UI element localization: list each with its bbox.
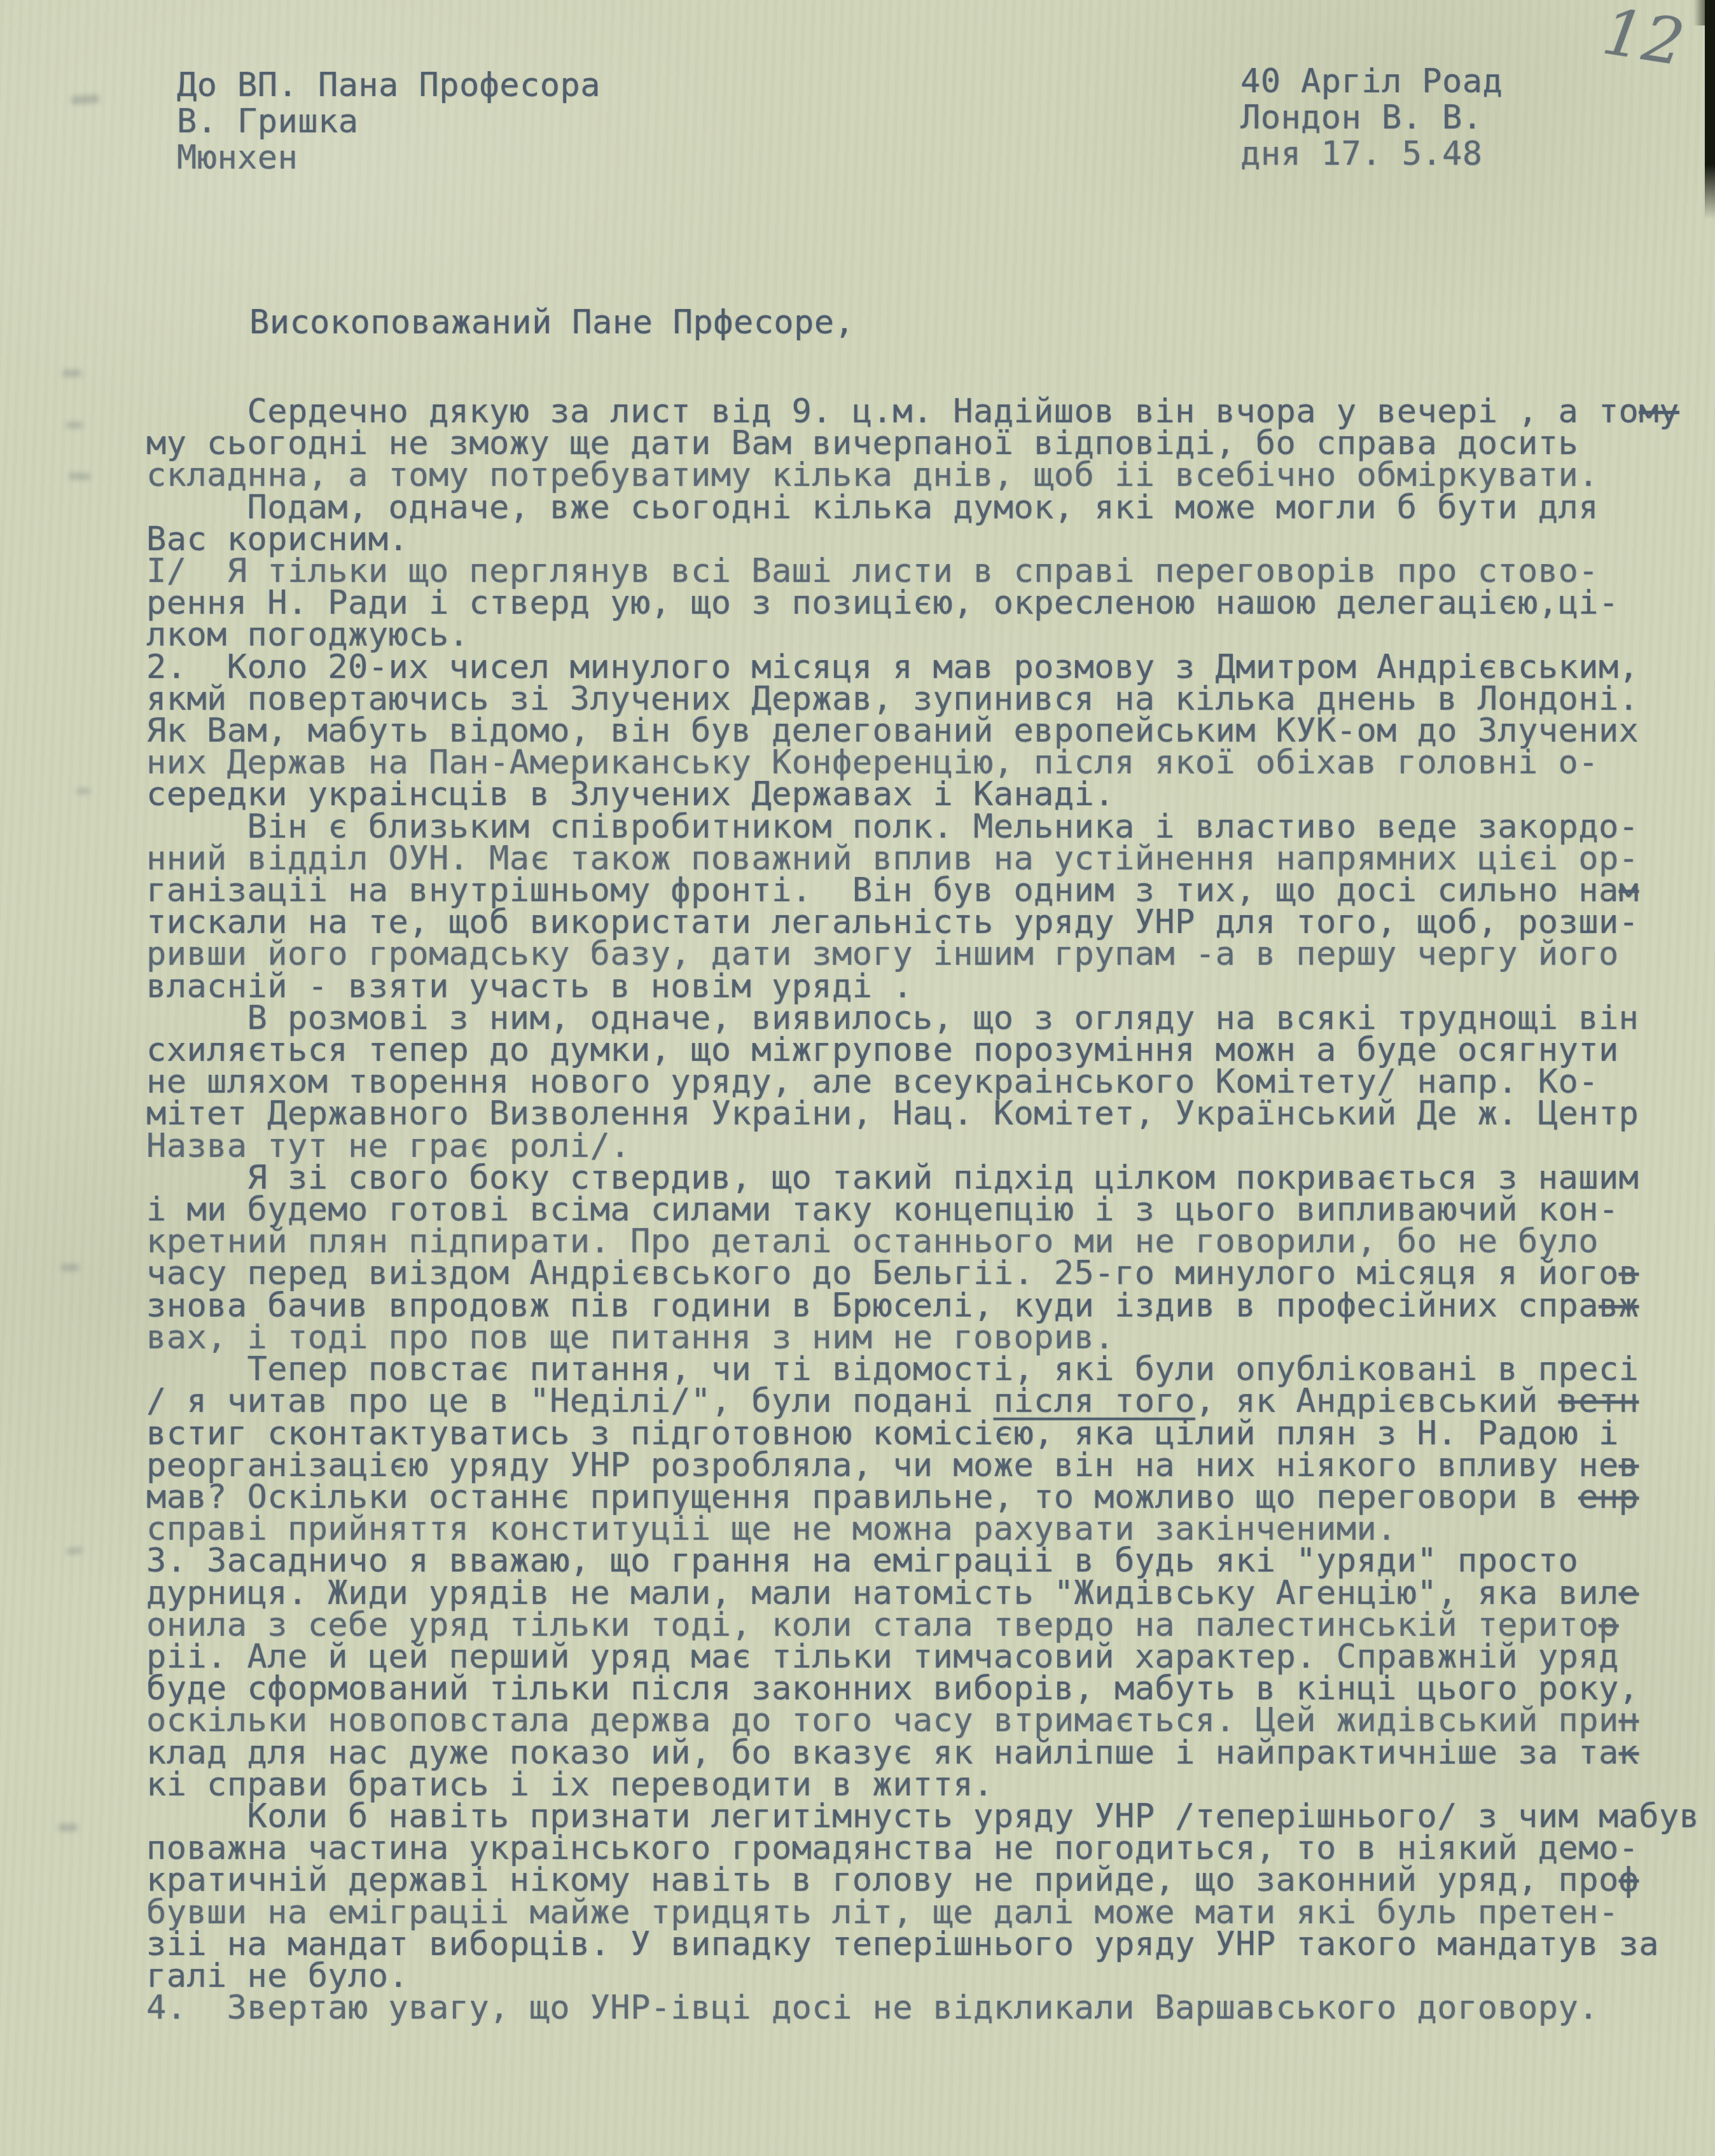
sender-line: 40 Аргіл Роад (1240, 64, 1503, 100)
letter-line: Тепер повстає питання, чи ті відомості, … (146, 1353, 1699, 1385)
letter-line: ривши його громадську базу, дати змогу і… (146, 938, 1699, 970)
letter-line: зіі на мандат виборців. У випадку тепері… (146, 1928, 1699, 1960)
letter-line: Коли б навіть признати легитімнусть уряд… (146, 1800, 1699, 1832)
letter-line: вах, і тоді про пов ще питання з ним не … (146, 1322, 1699, 1353)
letter-line: мав? Оскільки останнє припущення правиль… (146, 1481, 1699, 1513)
letter-line: 3. Засадничо я вважаю, що грання на еміг… (146, 1545, 1699, 1577)
letter-line: Він є близьким співробитником полк. Мель… (146, 811, 1699, 843)
letter-line: дурниця. Жиди урядів не мали, мали натом… (146, 1577, 1699, 1609)
letter-line: ганізаціі на внутрішньому фронті. Він бу… (146, 874, 1699, 906)
letter-line: / я читав про це в "Неділі/", були подан… (146, 1385, 1699, 1417)
letter-line: кретний плян підпирати. Про деталі остан… (146, 1226, 1699, 1257)
letter-line: схиляється тепер до думки, що міжгрупове… (146, 1034, 1699, 1066)
letter-line: складнна, а тому потребуватиму кілька дн… (146, 459, 1699, 491)
letter-line: реорганізацією уряду УНР розробляла, чи … (146, 1449, 1699, 1481)
letter-line: лком погоджуюсь. (146, 619, 1699, 651)
letter-line: тискали на те, щоб використати легальніс… (146, 906, 1699, 938)
letter-line: середки украінсців в Злучених Державах і… (146, 778, 1699, 810)
letter-line: власній - взяти участь в новім уряді . (146, 971, 1699, 1002)
letter-line: поважна частина украінського громадянств… (146, 1832, 1699, 1864)
letter-line: 2. Коло 20-их чисел минулого місяця я ма… (146, 651, 1699, 683)
letter-line: ріі. Але й цей перший уряд має тільки ти… (146, 1641, 1699, 1673)
letter-page: 12 До ВП. Пана ПрофесораВ. ГришкаМюнхен … (0, 0, 1715, 2156)
letter-line: рення Н. Ради і стверд ую, що з позицією… (146, 587, 1699, 619)
margin-smudge (66, 1547, 83, 1555)
sender-address-block: 40 Аргіл РоадЛондон В. В.дня 17. 5.48 (1240, 64, 1503, 172)
letter-line: Я зі свого боку ствердив, що такий підхі… (146, 1162, 1699, 1194)
recipient-line: В. Гришка (177, 104, 601, 140)
letter-line: часу перед виіздом Андрієвського до Бель… (146, 1257, 1699, 1289)
sender-line: дня 17. 5.48 (1240, 136, 1503, 172)
letter-line: Подам, одначе, вже сьогодні кілька думок… (146, 492, 1699, 523)
letter-line: якмй повертаючись зі Злучених Держав, зу… (146, 683, 1699, 715)
letter-line: Вас корисним. (146, 523, 1699, 555)
margin-smudge (62, 370, 81, 377)
letter-line: нний відділ ОУН. Має також поважний впли… (146, 843, 1699, 874)
letter-line: Як Вам, мабуть відомо, він був делегован… (146, 715, 1699, 747)
recipient-address-block: До ВП. Пана ПрофесораВ. ГришкаМюнхен (177, 67, 601, 176)
handwritten-page-number: 12 (1598, 0, 1690, 80)
letter-line: галі не було. (146, 1960, 1699, 1992)
letter-line: клад для нас дуже показо ий, бо вказує я… (146, 1737, 1699, 1769)
letter-line: І/ Я тільки що перглянув всі Ваші листи … (146, 555, 1699, 587)
letter-line: кратичній державі нікому навіть в голову… (146, 1864, 1699, 1896)
letter-line: оскільки новоповстала держва до того час… (146, 1704, 1699, 1736)
scan-edge-shadow (1705, 0, 1715, 219)
letter-line: Назва тут не грає ролі/. (146, 1130, 1699, 1162)
recipient-line: До ВП. Пана Професора (177, 67, 601, 104)
margin-smudge (69, 473, 90, 480)
letter-line: буде сформований тільки після законних в… (146, 1673, 1699, 1704)
margin-smudge (61, 1264, 79, 1271)
letter-line: встиг сконтактуватись з підготовною комі… (146, 1418, 1699, 1449)
letter-line: справі прийняття конституціі ще не можна… (146, 1513, 1699, 1545)
margin-smudge (66, 422, 83, 428)
salutation: Високоповажаний Пане Прфесоре, (249, 304, 854, 341)
letter-line: В розмові з ним, одначе, виявилось, що з… (146, 1002, 1699, 1034)
letter-line: му сьогодні не зможу ще дати Вам вичерпа… (146, 427, 1699, 459)
margin-smudge (71, 94, 100, 104)
letter-line: знова бачив впродовж пів години в Брюсел… (146, 1290, 1699, 1322)
letter-line: Сердечно дякую за лист від 9. ц.м. Надій… (146, 396, 1699, 427)
letter-line: кі справи братись і іх переводити в житт… (146, 1769, 1699, 1800)
margin-smudge (76, 789, 90, 794)
sender-line: Лондон В. В. (1240, 100, 1503, 136)
letter-body: Сердечно дякую за лист від 9. ц.м. Надій… (146, 396, 1699, 2024)
letter-line: бувши на еміграціі майже тридцять літ, щ… (146, 1897, 1699, 1928)
scan-edge-shadow-top (1693, 0, 1715, 25)
letter-line: і ми будемо готові всіма силами таку кон… (146, 1194, 1699, 1226)
letter-line: онила з себе уряд тільки тоді, коли стал… (146, 1609, 1699, 1641)
recipient-line: Мюнхен (177, 140, 601, 176)
letter-line: них Держав на Пан-Американську Конференц… (146, 747, 1699, 778)
letter-line: мітет Державного Визволення Украіни, Нац… (146, 1098, 1699, 1130)
margin-smudge (59, 1824, 78, 1831)
letter-line: 4. Звертаю увагу, що УНР-івці досі не ві… (146, 1992, 1699, 2024)
letter-line: не шляхом творення нового уряду, але все… (146, 1066, 1699, 1098)
